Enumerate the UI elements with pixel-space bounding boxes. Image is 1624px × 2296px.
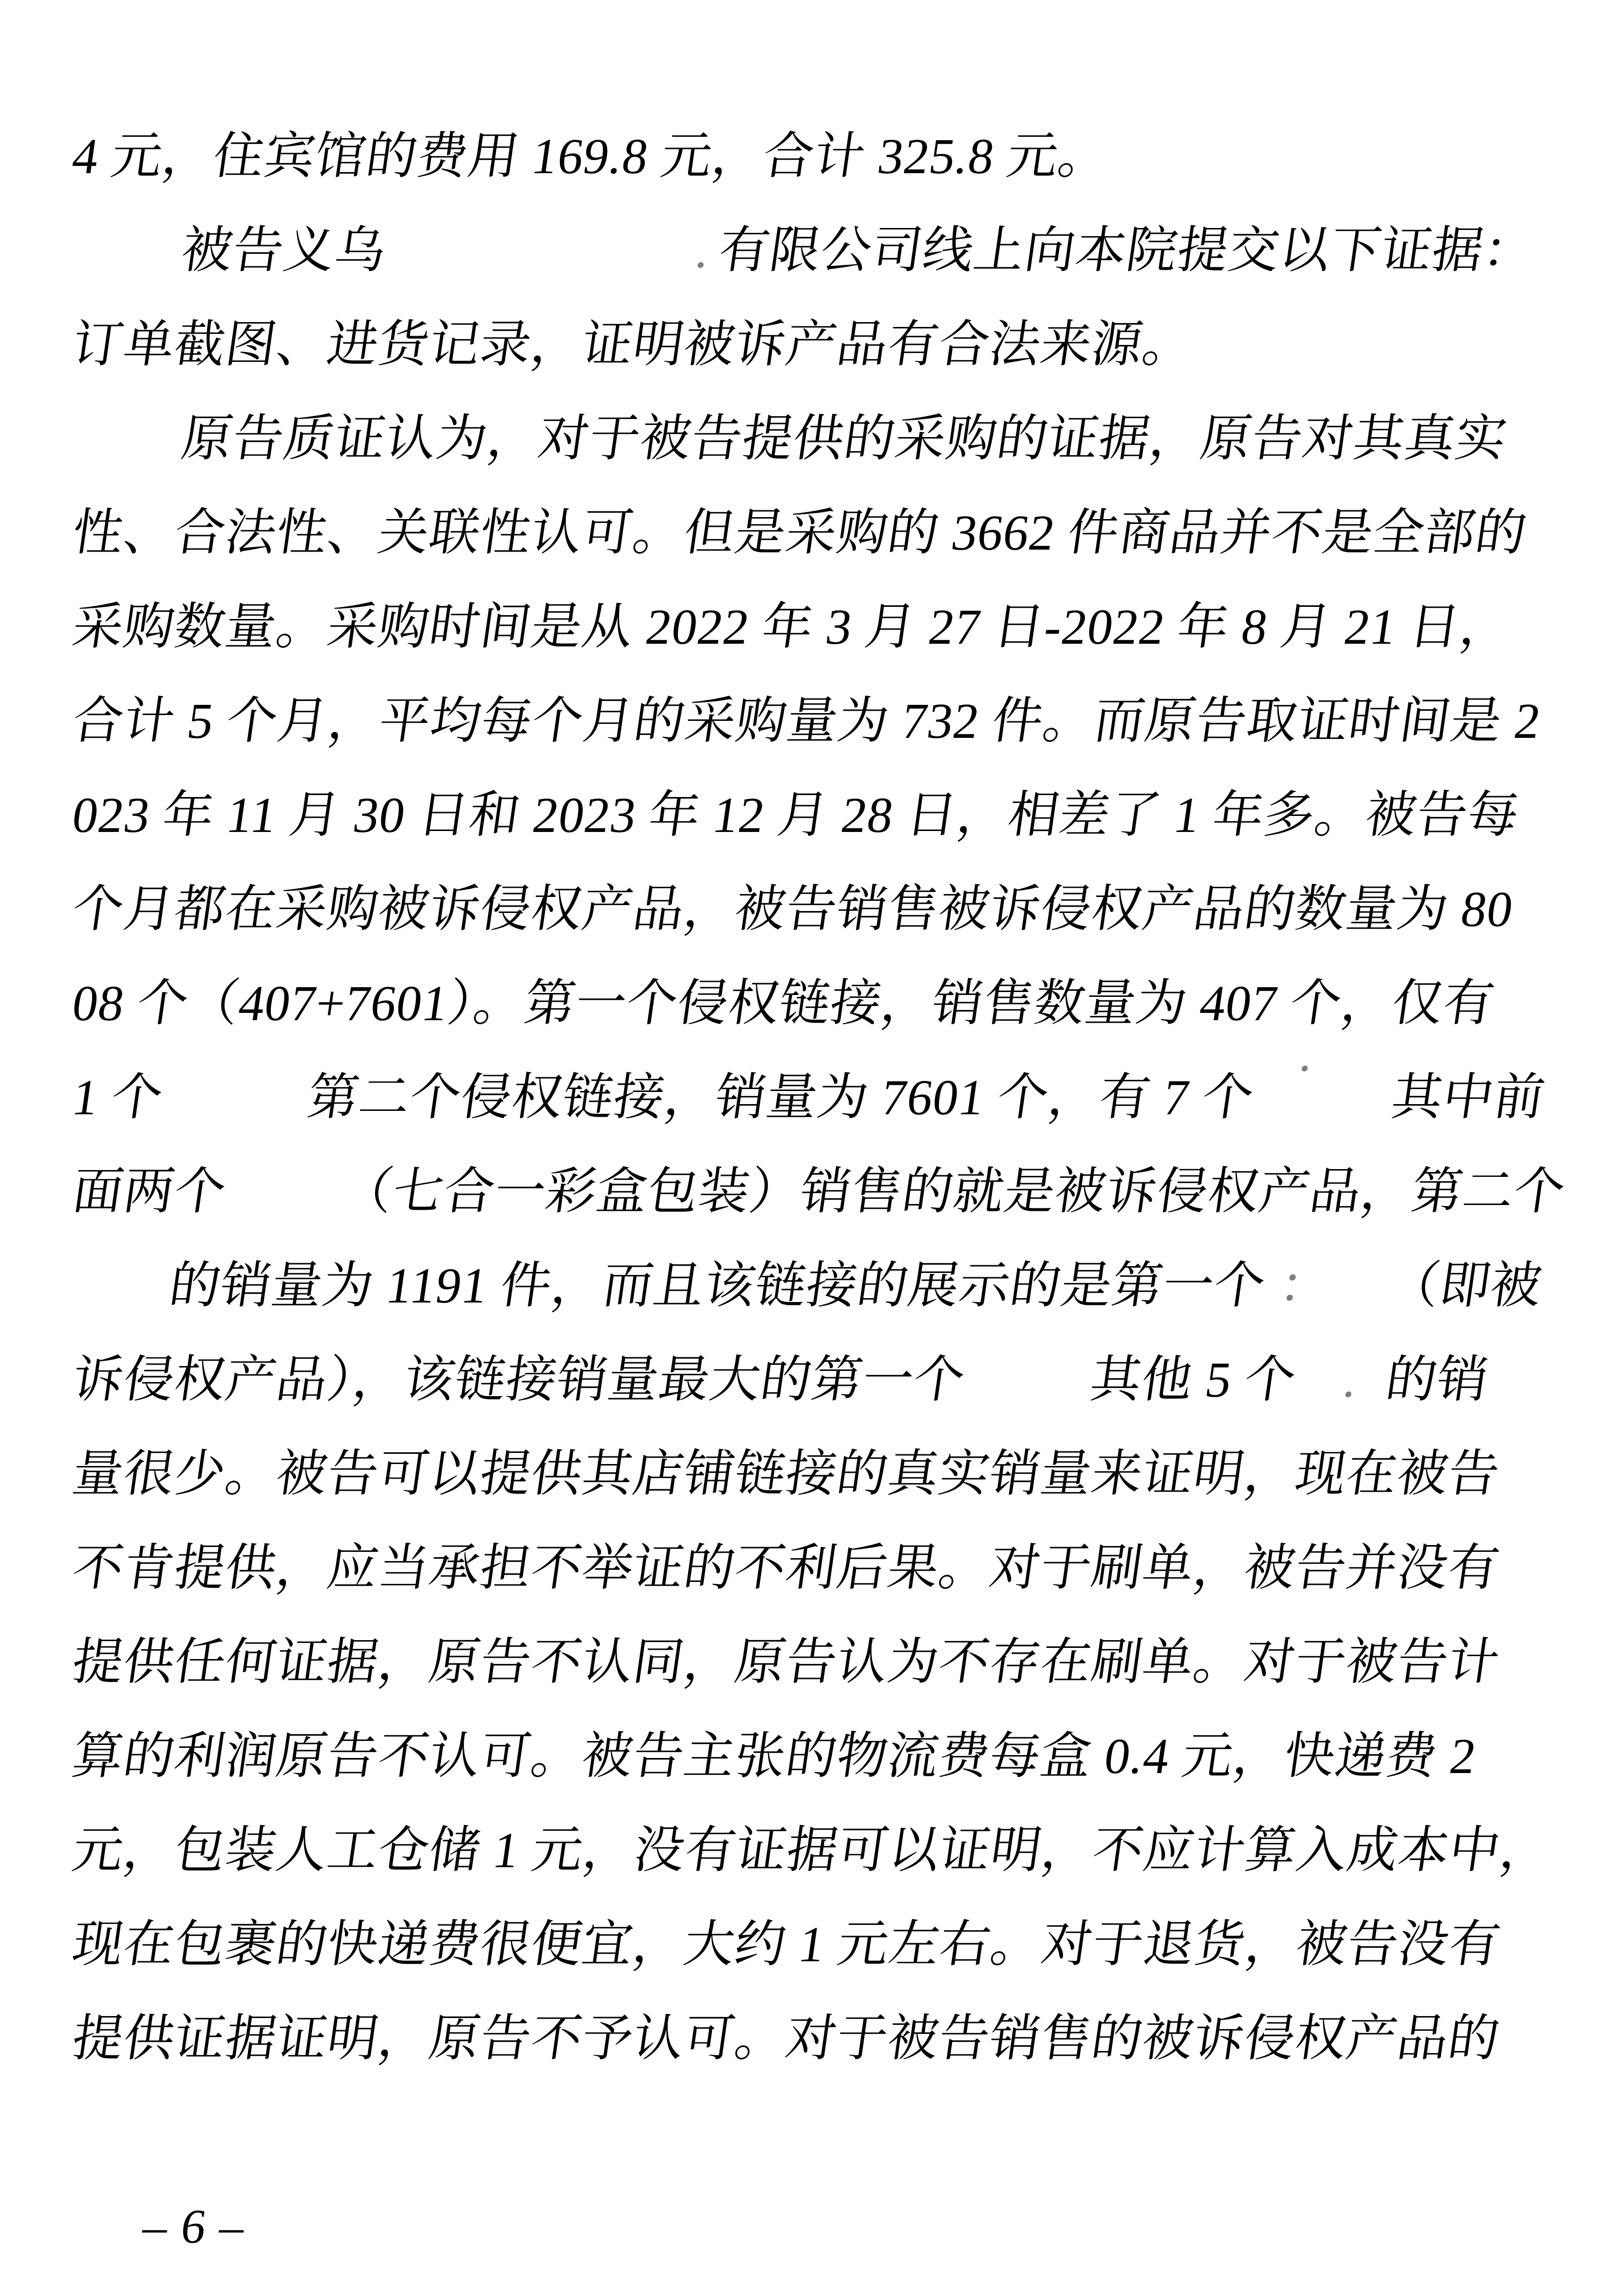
text-segment: 量很少。被告可以提供其店铺链接的真实销量来证明，现在被告 [69,1446,1503,1502]
text-segment: 第二个侵权链接，销量为 7601 个，有 7 个 [304,1070,1257,1125]
text-segment: 023 年 11 月 30 日和 2023 年 12 月 28 日，相差了 1 … [69,787,1523,843]
text-line: 被告义乌.有限公司线上向本院提交以下证据： [175,204,1541,298]
text-segment: 1 个 [69,1070,166,1125]
text-segment: 的销量为 1191 件，而且该链接的展示的是第一个 [166,1258,1269,1314]
page-number: – 6 – [136,2180,251,2274]
redaction-gap [1307,1114,1390,1114]
redaction-gap [1355,1396,1384,1397]
redaction-gap [383,267,694,267]
text-segment: 合计 5 个月，平均每个月的采购量为 732 件。而原告取证时间是 2 [69,693,1544,749]
text-line: 提供任何证据，原告不认同，原告认为不存在刷单。对于被告计 [66,1615,1506,1710]
text-segment: 诉侵权产品），该链接销量最大的第一个 [69,1352,968,1408]
text-segment: 订单截图、进货记录，证明被诉产品有合法来源。 [69,317,1197,373]
text-line: 4 元，住宾馆的费用 169.8 元，合计 325.8 元。 [66,110,1115,204]
text-segment: 被告义乌 [178,223,390,278]
text-line: 合计 5 个月，平均每个月的采购量为 732 件。而原告取证时间是 2 [66,674,1547,768]
text-segment: 个月都在采购被诉侵权产品，被告销售被诉侵权产品的数量为 80 [69,881,1517,937]
text-segment: 提供任何证据，原告不认同，原告认为不存在刷单。对于被告计 [69,1634,1503,1690]
text-segment: 08 个（407+7601）。第一个侵权链接，销售数量为 407 个，仅有 [69,976,1498,1031]
text-segment: （即被 [1385,1258,1545,1314]
document-page: 4 元，住宾馆的费用 169.8 元，合计 325.8 元。被告义乌.有限公司线… [0,0,1624,2296]
redaction-artifact-mark: . [1337,1333,1363,1427]
text-segment: 4 元，住宾馆的费用 169.8 元，合计 325.8 元。 [69,129,1113,184]
text-line: 原告质证认为，对于被告提供的采购的证据，原告对其真实 [175,392,1513,486]
text-line: 1 个第二个侵权链接，销量为 7601 个，有 7 个·其中前 [66,1051,1551,1145]
text-line: 现在包裹的快递费很便宜，大约 1 元左右。对于退货，被告没有 [66,1898,1507,1992]
text-line: 面两个（七合一彩盒包装）销售的就是被诉侵权产品，第二个 [66,1145,1571,1239]
redaction-gap [1251,1114,1290,1114]
text-line: 提供证据证明，原告不予认可。对于被告销售的被诉侵权产品的 [66,1992,1506,2086]
text-segment: 不肯提供，应当承担不举证的不利后果。对于刷单，被告并没有 [69,1540,1503,1596]
redaction-gap [1263,1302,1277,1303]
redaction-gap [160,1114,306,1114]
text-segment: 的销 [1382,1352,1492,1408]
text-segment: 有限公司线上向本院提交以下证据： [715,223,1538,278]
text-segment: 算的利润原告不认可。被告主张的物流费每盒 0.4 元，快递费 2 [69,1728,1480,1784]
redaction-artifact-mark: . [689,204,716,298]
text-line: 023 年 11 月 30 日和 2023 年 12 月 28 日，相差了 1 … [66,768,1525,863]
text-segment: （七合一彩盒包装）销售的就是被诉侵权产品，第二个 [338,1164,1569,1220]
text-line: 诉侵权产品），该链接销量最大的第一个其他 5 个.的销 [66,1333,1494,1427]
text-line: 采购数量。采购时间是从 2022 年 3 月 27 日-2022 年 8 月 2… [66,580,1518,674]
text-segment: 性、合法性、关联性认可。但是采购的 3662 件商品并不是全部的 [69,505,1530,561]
redaction-artifact-mark: ： [1273,1239,1337,1333]
text-line: 08 个（407+7601）。第一个侵权链接，销售数量为 407 个，仅有 [66,957,1501,1051]
text-line: 量很少。被告可以提供其店铺链接的真实销量来证明，现在被告 [66,1427,1506,1521]
text-line: 性、合法性、关联性认可。但是采购的 3662 件商品并不是全部的 [66,486,1533,580]
text-segment: 面两个 [69,1164,230,1220]
text-line: 个月都在采购被诉侵权产品，被告销售被诉侵权产品的数量为 80 [66,863,1519,957]
redaction-gap [1328,1302,1386,1303]
redaction-gap [1293,1396,1342,1397]
text-segment: 现在包裹的快递费很便宜，大约 1 元左右。对于退货，被告没有 [69,1917,1504,1972]
text-segment: 其他 5 个 [1087,1352,1299,1408]
redaction-gap [707,267,717,267]
text-line: 订单截图、进货记录，证明被诉产品有合法来源。 [66,298,1200,392]
text-line: 的销量为 1191 件，而且该链接的展示的是第一个：（即被 [163,1239,1548,1333]
text-segment: 提供证据证明，原告不予认可。对于被告销售的被诉侵权产品的 [69,2011,1503,2067]
redaction-gap [962,1396,1088,1397]
text-segment: 其中前 [1388,1070,1549,1125]
redaction-gap [223,1208,340,1208]
text-segment: 原告质证认为，对于被告提供的采购的证据，原告对其真实 [178,411,1510,467]
text-line: 算的利润原告不认可。被告主张的物流费每盒 0.4 元，快递费 2 [66,1710,1482,1804]
text-line: 不肯提供，应当承担不举证的不利后果。对于刷单，被告并没有 [66,1521,1506,1615]
text-line: 元，包装人工仓储 1 元，没有证据可以证明，不应计算入成本中， [66,1804,1558,1898]
text-segment: 元，包装人工仓储 1 元，没有证据可以证明，不应计算入成本中， [69,1823,1555,1878]
text-segment: 采购数量。采购时间是从 2022 年 3 月 27 日-2022 年 8 月 2… [69,599,1515,655]
